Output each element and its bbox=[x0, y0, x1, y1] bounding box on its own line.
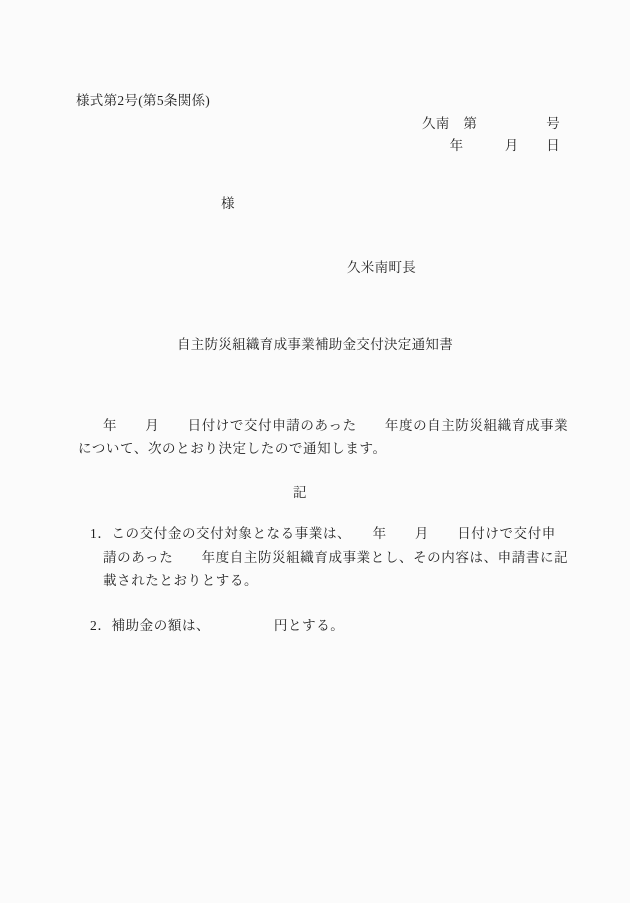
body-paragraph-line-2: について、次のとおり決定したので通知します。 bbox=[78, 441, 387, 457]
item-1-line-2: 請のあった 年度自主防災組織育成事業とし、その内容は、申請書に記 bbox=[103, 550, 568, 566]
body-paragraph-line-1: 年 月 日付けで交付申請のあった 年度の自主防災組織育成事業 bbox=[103, 418, 568, 434]
date-line: 年 月 日 bbox=[450, 138, 560, 154]
sender-name: 久米南町長 bbox=[347, 260, 416, 276]
addressee-honorific: 様 bbox=[221, 196, 235, 212]
form-number: 様式第2号(第5条関係) bbox=[76, 93, 210, 109]
record-marker: 記 bbox=[293, 485, 307, 501]
document-number-line: 久南 第 号 bbox=[422, 116, 560, 132]
item-2-line-1: 2．補助金の額は、 円とする。 bbox=[90, 618, 344, 634]
document-page: 様式第2号(第5条関係) 久南 第 号 年 月 日 様 久米南町長 自主防災組織… bbox=[0, 0, 630, 903]
item-1-line-1: 1．この交付金の交付対象となる事業は、 年 月 日付けで交付申 bbox=[90, 526, 556, 542]
document-title: 自主防災組織育成事業補助金交付決定通知書 bbox=[0, 337, 630, 353]
item-1-line-3: 載されたとおりとする。 bbox=[103, 573, 258, 589]
